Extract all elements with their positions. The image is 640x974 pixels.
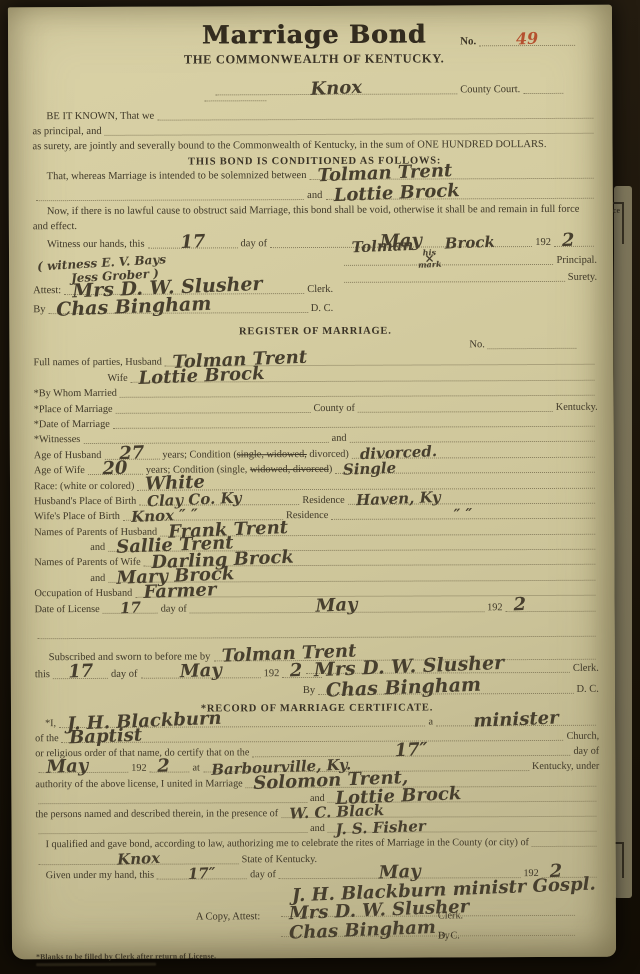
handwritten-license-day: 17 — [120, 602, 141, 616]
commonwealth-heading: THE COMMONWEALTH OF KENTUCKY. — [32, 51, 596, 68]
witnesses-label: *Witnesses — [34, 434, 81, 446]
handwritten-county: Knox — [310, 80, 362, 98]
handwritten-document-number: 49 — [516, 31, 539, 46]
i-label: *I, — [35, 718, 56, 730]
and-label: and — [310, 823, 325, 835]
marriage-bond-document: No. 49 Marriage Bond THE COMMONWEALTH OF… — [8, 5, 616, 960]
handwritten-license-month: May — [316, 598, 359, 616]
blank-line: Tolmanhis×markBrock — [344, 254, 553, 266]
residence-label: Residence — [302, 495, 344, 507]
handwritten-given-month: May — [378, 863, 421, 881]
blank-line — [105, 123, 594, 136]
blank-line: 17″ — [157, 868, 247, 879]
blank-line — [523, 83, 563, 94]
and-bride-line: and Lottie Brock — [33, 181, 597, 203]
blank-line: ″ ″ — [331, 508, 595, 520]
blank-line — [488, 338, 577, 349]
dc-label: D. C. — [311, 303, 334, 315]
blank-line: 17 — [53, 668, 108, 679]
blank-line — [344, 271, 565, 283]
blank-line: 17 — [148, 237, 238, 248]
day-of-label: day of — [111, 668, 138, 680]
handwritten-sworn-day: 17 — [68, 664, 94, 681]
handwritten-deputy-signature: Chas Bingham — [326, 676, 482, 699]
blank-line — [113, 416, 595, 429]
sworn-clerk-line: Mrs D. W. Slusher Clerk. — [303, 653, 599, 675]
underlying-page-edge — [614, 186, 632, 898]
blank-line: Baptist — [62, 730, 564, 743]
dc-label: D. C. — [576, 683, 599, 695]
blank-line: Chas Bingham — [281, 925, 575, 937]
blank-line: Lottie Brock — [325, 188, 593, 200]
handwritten-year-digit: 2 — [562, 232, 575, 249]
blank-line: Mrs D. W. Slusher — [306, 662, 570, 674]
sworn-by-line: By Chas Bingham D. C. — [303, 674, 599, 696]
husband-birth-label: Husband's Place of Birth — [34, 496, 136, 508]
blank-line: May — [38, 762, 128, 773]
kentucky-under-label: Kentucky, under — [532, 761, 599, 773]
certificate-section: *RECORD OF MARRIAGE CERTIFICATE. *I, J. … — [35, 701, 600, 944]
license-label: Date of License — [35, 604, 100, 616]
county-of-label: County of — [313, 402, 355, 414]
copy-attest-block: A Copy, Attest: Mrs D. W. Slusher Clerk.… — [36, 897, 600, 943]
copy-attest-label: A Copy, Attest: — [196, 911, 260, 923]
year-printed-label: 192 — [535, 237, 551, 249]
handwritten-church: Baptist — [69, 727, 143, 746]
copy-clerk-line: Mrs D. W. Slusher Clerk. — [278, 898, 578, 919]
principal-line: Tolmanhis×markBrock Principal. — [341, 250, 597, 268]
handwritten-sworn-month: May — [179, 663, 222, 681]
by-label: By — [303, 685, 315, 697]
surety-line: Surety. — [341, 267, 597, 285]
and-label: and — [307, 190, 322, 202]
blank-line — [38, 822, 307, 834]
wife-birth-label: Wife's Place of Birth — [34, 511, 120, 523]
blank-line: May — [141, 667, 261, 679]
handwritten-cert-county: Knox — [117, 852, 160, 867]
document-number: No. 49 — [460, 33, 578, 49]
handwritten-occupation: Farmer — [143, 582, 217, 601]
sworn-section: Subscribed and sworn to before me by Tol… — [35, 623, 599, 703]
county-court-line: Knox County Court. — [212, 74, 566, 98]
wife-label: Wife — [108, 373, 128, 385]
of-the-label: of the — [35, 733, 59, 745]
blank-line: Haven, Ky — [348, 493, 595, 505]
blank-line: White — [137, 477, 595, 490]
and-effect-label: and effect. — [33, 221, 77, 233]
blank-line: minister — [436, 715, 596, 727]
authority-clause-label: authority of the above license, I united… — [35, 778, 242, 791]
separator-line — [35, 623, 599, 640]
blank-line: 17 — [103, 602, 158, 613]
blank-line: Tolman Trent — [309, 168, 593, 180]
principal-surety-block: Tolmanhis×markBrock Principal. Surety. — [341, 250, 597, 285]
handwritten-wife-age: 20 — [102, 460, 128, 477]
blank-line: May — [190, 601, 484, 613]
witness-hands-line: Witness our hands, this 17 day of May 19… — [33, 231, 597, 251]
blank-line — [116, 402, 311, 414]
age-wife-label: Age of Wife — [34, 465, 85, 477]
handwritten-deputy-signature: Chas Bingham — [56, 296, 212, 319]
copy-by-line: By Chas Bingham D. C. — [278, 918, 578, 939]
blank-line: Mrs D. W. Slusher — [281, 905, 575, 917]
by-label: By — [33, 304, 45, 316]
blank-line — [38, 792, 307, 804]
blank-line: Knox — [39, 853, 239, 865]
bond-signatures: ( witness E. V. Bays Jess Grober ) Tolma… — [33, 250, 597, 318]
copy-attest-signatures: Mrs D. W. Slusher Clerk. By Chas Bingham… — [278, 898, 578, 939]
county-court-label: County Court. — [460, 84, 520, 96]
age-husband-label: Age of Husband — [34, 450, 102, 462]
page-corner-mark — [613, 202, 624, 244]
handwritten-role: minister — [473, 710, 559, 730]
register-header: REGISTER OF MARRIAGE. No. — [33, 322, 597, 354]
blank-line: 17″ — [252, 745, 570, 757]
principal-label: Principal. — [556, 255, 597, 267]
blank-line — [120, 385, 595, 398]
by-whom-label: *By Whom Married — [34, 388, 117, 400]
blank-line: 20 — [88, 464, 143, 475]
and-label: and — [90, 573, 105, 585]
blank-line: Farmer — [135, 585, 595, 598]
year-printed-label: 192 — [487, 602, 503, 614]
this-label: this — [35, 669, 50, 681]
blank-line: 2 — [554, 236, 594, 247]
handwritten-cert-month: May — [46, 758, 89, 776]
kentucky-label: Kentucky. — [556, 401, 598, 413]
blank-line: Knox — [215, 83, 457, 95]
clerk-label: Clerk. — [307, 284, 333, 296]
a-label: a — [428, 716, 433, 728]
blank-line: Clay Co. Ky — [139, 494, 299, 506]
handwritten-cert-day: 17″ — [395, 742, 429, 759]
and-label: and — [90, 542, 105, 554]
day-of-label: day of — [161, 603, 187, 615]
attest-label: Attest: — [33, 285, 61, 297]
blank-line: divorced. — [352, 446, 595, 458]
sworn-signature-block: Mrs D. W. Slusher Clerk. By Chas Bingham… — [303, 653, 599, 696]
clerk-label: Clerk. — [573, 662, 599, 674]
handwritten-sworn-year-digit: 2 — [290, 663, 303, 680]
be-it-known-label: BE IT KNOWN, That we — [32, 111, 154, 124]
handwritten-given-day: 17″ — [188, 867, 216, 882]
blank-line: J. S. Fisher — [328, 821, 597, 833]
blank-line: Chas Bingham — [48, 302, 307, 314]
witness-hands-label: Witness our hands, this — [33, 239, 145, 251]
attest-block: Attest: Mrs D. W. Slusher Clerk. By Chas… — [33, 277, 333, 316]
register-section: Full names of parties, Husband Tolman Tr… — [33, 352, 598, 616]
state-label: State of Kentucky. — [242, 853, 318, 865]
by-dc-line: By Chas Bingham D. C. — [33, 296, 333, 316]
no-label: No. — [460, 35, 476, 48]
day-of-label: day of — [250, 869, 276, 881]
blank-line: Single — [335, 462, 595, 474]
church-label: Church, — [567, 731, 600, 743]
blank-line: Lottie Brock — [131, 370, 595, 383]
no-label: No. — [469, 339, 485, 351]
handwritten-license-year-digit: 2 — [513, 597, 526, 614]
given-clause-label: Given under my hand, this — [36, 869, 154, 882]
blank-line — [36, 189, 304, 201]
date-label: *Date of Marriage — [34, 419, 110, 431]
blank-line: 49 — [479, 33, 575, 46]
blank-line — [38, 625, 596, 638]
printer-mark — [36, 962, 156, 966]
blank-line — [358, 401, 553, 413]
handwritten-deputy-signature: Chas Bingham — [289, 919, 437, 941]
blank-line: 2 — [506, 600, 596, 611]
year-printed-label: 192 — [264, 668, 280, 680]
blank-line — [532, 836, 597, 847]
day-of-label: day of — [573, 746, 599, 758]
blank-line — [349, 431, 594, 443]
condition-husband-label: years; Condition (single, widowed, divor… — [162, 449, 349, 462]
dc-label: D. C. — [438, 930, 460, 942]
blank-line: W. C. Black — [281, 806, 596, 818]
presence-clause-label: the persons named and described therein,… — [35, 808, 278, 821]
blank-line: 2 — [150, 762, 190, 773]
handwritten-day: 17 — [180, 234, 206, 251]
at-label: at — [193, 763, 200, 775]
photograph-background: ce ce No. 49 Marriage Bond THE COMMONWEA… — [0, 0, 640, 974]
register-title: REGISTER OF MARRIAGE. — [33, 322, 597, 338]
surety-label: Surety. — [568, 272, 597, 284]
handwritten-principal-signature: Tolmanhis×markBrock — [351, 236, 495, 271]
residence-label: Residence — [286, 510, 328, 522]
as-principal-label: as principal, and — [32, 126, 101, 138]
license-date-line: Date of License 17 day of May 192 2 — [35, 598, 599, 616]
place-label: *Place of Marriage — [34, 403, 113, 415]
blank-line: Chas Bingham — [318, 683, 573, 695]
handwritten-cert-year-digit: 2 — [157, 759, 170, 776]
register-number: No. — [469, 338, 579, 351]
year-printed-label: 192 — [131, 763, 146, 775]
blank-line — [157, 108, 593, 121]
race-label: Race: (white or colored) — [34, 480, 134, 492]
occupation-label: Occupation of Husband — [34, 588, 132, 600]
handwritten-wife-residence: ″ ″ — [454, 508, 473, 522]
handwritten-wife-condition: Single — [343, 461, 397, 477]
and-label: and — [332, 433, 347, 445]
footnote: *Blanks to be filled by Clerk after retu… — [36, 949, 600, 960]
day-of-label: day of — [241, 238, 268, 250]
his-mark: his×mark — [418, 249, 442, 268]
underline-dash — [204, 100, 266, 101]
